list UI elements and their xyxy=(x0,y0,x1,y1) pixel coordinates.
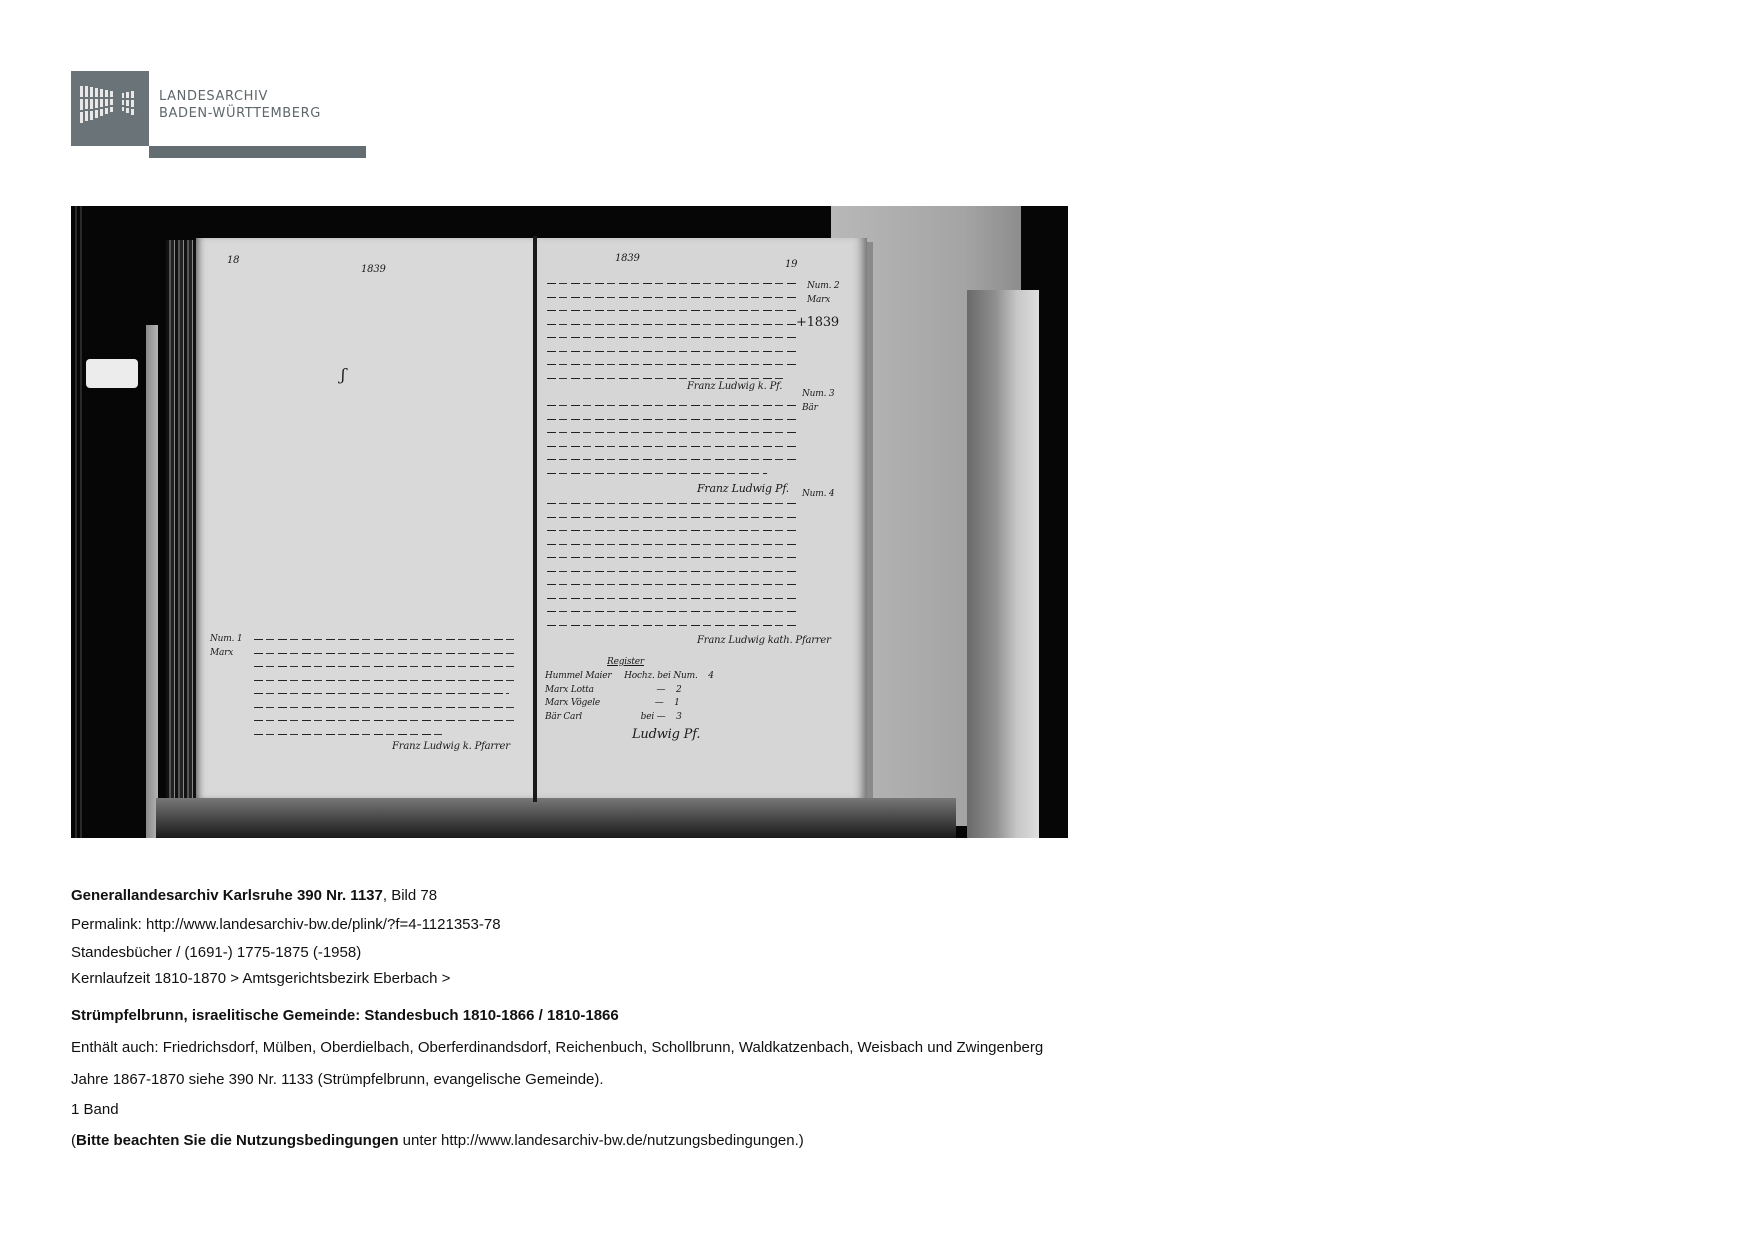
logo-line-2: BADEN-WÜRTTEMBERG xyxy=(159,105,321,122)
page-edge xyxy=(867,242,873,798)
grey-card xyxy=(967,290,1039,838)
frame-line xyxy=(75,206,77,838)
register-row: Hummel Maier Hochz. bei Num. 4 xyxy=(545,670,714,684)
marker-strip xyxy=(146,325,158,838)
handwritten-entry xyxy=(547,276,797,384)
register-col: — xyxy=(657,685,666,695)
register-col: bei — xyxy=(641,712,666,722)
register-num: 4 xyxy=(708,671,714,681)
register-name: Marx Vögele xyxy=(545,698,600,708)
archive-signature: Generallandesarchiv Karlsruhe 390 Nr. 11… xyxy=(71,887,383,904)
margin-note-line: Bär xyxy=(802,402,834,416)
register-col: — xyxy=(655,698,664,708)
register-signature: Ludwig Pf. xyxy=(632,728,700,742)
margin-note: Num. 1 Marx xyxy=(210,633,242,660)
record-title: Strümpfelbrunn, israelitische Gemeinde: … xyxy=(71,1007,1371,1024)
register-row: Marx Vögele — 1 xyxy=(545,697,714,711)
register-num: 1 xyxy=(674,698,680,708)
register-scan-image: 18 1839 ʃ Num. 1 Marx Franz Ludwig k. Pf… xyxy=(71,206,1068,838)
page-tab-label xyxy=(86,359,138,388)
margin-note-line: Num. 2 xyxy=(807,280,839,294)
logo-bar xyxy=(149,146,366,158)
terms-link[interactable]: unter http://www.landesarchiv-bw.de/nutz… xyxy=(399,1132,804,1149)
margin-note-line: Marx xyxy=(807,294,839,308)
cover-bottom xyxy=(156,798,956,838)
handwritten-entry xyxy=(547,398,797,479)
register-heading: Register xyxy=(607,656,644,670)
flourish: ʃ xyxy=(341,368,345,382)
hierarchy-line-2: Kernlaufzeit 1810-1870 > Amtsgerichtsbez… xyxy=(71,970,1371,987)
permalink[interactable]: Permalink: http://www.landesarchiv-bw.de… xyxy=(71,916,1371,933)
signature: Franz Ludwig k. Pf. xyxy=(687,380,782,394)
image-number: , Bild 78 xyxy=(383,887,437,904)
landesarchiv-logo: LANDESARCHIV BADEN-WÜRTTEMBERG xyxy=(71,71,366,159)
margin-note: Num. 4 xyxy=(802,488,834,502)
signature: Franz Ludwig kath. Pfarrer xyxy=(697,634,831,648)
hierarchy-line-1: Standesbücher / (1691-) 1775-1875 (-1958… xyxy=(71,944,1371,961)
register-col: Hochz. bei Num. xyxy=(624,671,697,681)
margin-note-line: Num. 3 xyxy=(802,388,834,402)
terms-of-use: (Bitte beachten Sie die Nutzungsbedingun… xyxy=(71,1132,1371,1149)
page-number: 19 xyxy=(785,258,797,272)
contains-note: Enthält auch: Friedrichsdorf, Mülben, Ob… xyxy=(71,1039,1371,1056)
handwritten-entry xyxy=(254,632,516,740)
register-name: Marx Lotta xyxy=(545,685,594,695)
left-page: 18 1839 ʃ Num. 1 Marx Franz Ludwig k. Pf… xyxy=(196,238,535,798)
signature: Franz Ludwig Pf. xyxy=(697,482,789,496)
register-name: Bär Carl xyxy=(545,712,582,722)
margin-note: Num. 3 Bär xyxy=(802,388,834,415)
margin-note-line: Num. 1 xyxy=(210,633,242,647)
margin-note: Num. 2 Marx xyxy=(807,280,839,307)
logo-line-1: LANDESARCHIV xyxy=(159,88,321,105)
header-year: 1839 xyxy=(361,263,386,277)
register-num: 2 xyxy=(676,685,682,695)
register-row: Bär Carl bei — 3 xyxy=(545,711,714,725)
margin-note-line: Marx xyxy=(210,647,242,661)
archive-title: Generallandesarchiv Karlsruhe 390 Nr. 11… xyxy=(71,887,1371,904)
handwritten-entry xyxy=(547,496,797,631)
right-page: 1839 19 Num. 2 Marx +1839 Num. 3 Bär Num… xyxy=(537,238,867,798)
logo-wordmark: LANDESARCHIV BADEN-WÜRTTEMBERG xyxy=(159,88,321,122)
register-table: Hummel Maier Hochz. bei Num. 4 Marx Lott… xyxy=(545,670,714,724)
register-num: 3 xyxy=(676,712,682,722)
extent: 1 Band xyxy=(71,1101,1371,1118)
register-row: Marx Lotta — 2 xyxy=(545,684,714,698)
margin-note-death: +1839 xyxy=(796,316,839,330)
terms-bold: Bitte beachten Sie die Nutzungsbedingung… xyxy=(76,1132,399,1149)
signature: Franz Ludwig k. Pfarrer xyxy=(392,740,510,754)
years-note: Jahre 1867-1870 siehe 390 Nr. 1133 (Strü… xyxy=(71,1071,1371,1088)
register-name: Hummel Maier xyxy=(545,671,611,681)
header-year: 1839 xyxy=(615,252,640,266)
page-number: 18 xyxy=(227,254,239,268)
frame-line xyxy=(80,206,82,838)
archive-building-icon xyxy=(71,71,149,146)
